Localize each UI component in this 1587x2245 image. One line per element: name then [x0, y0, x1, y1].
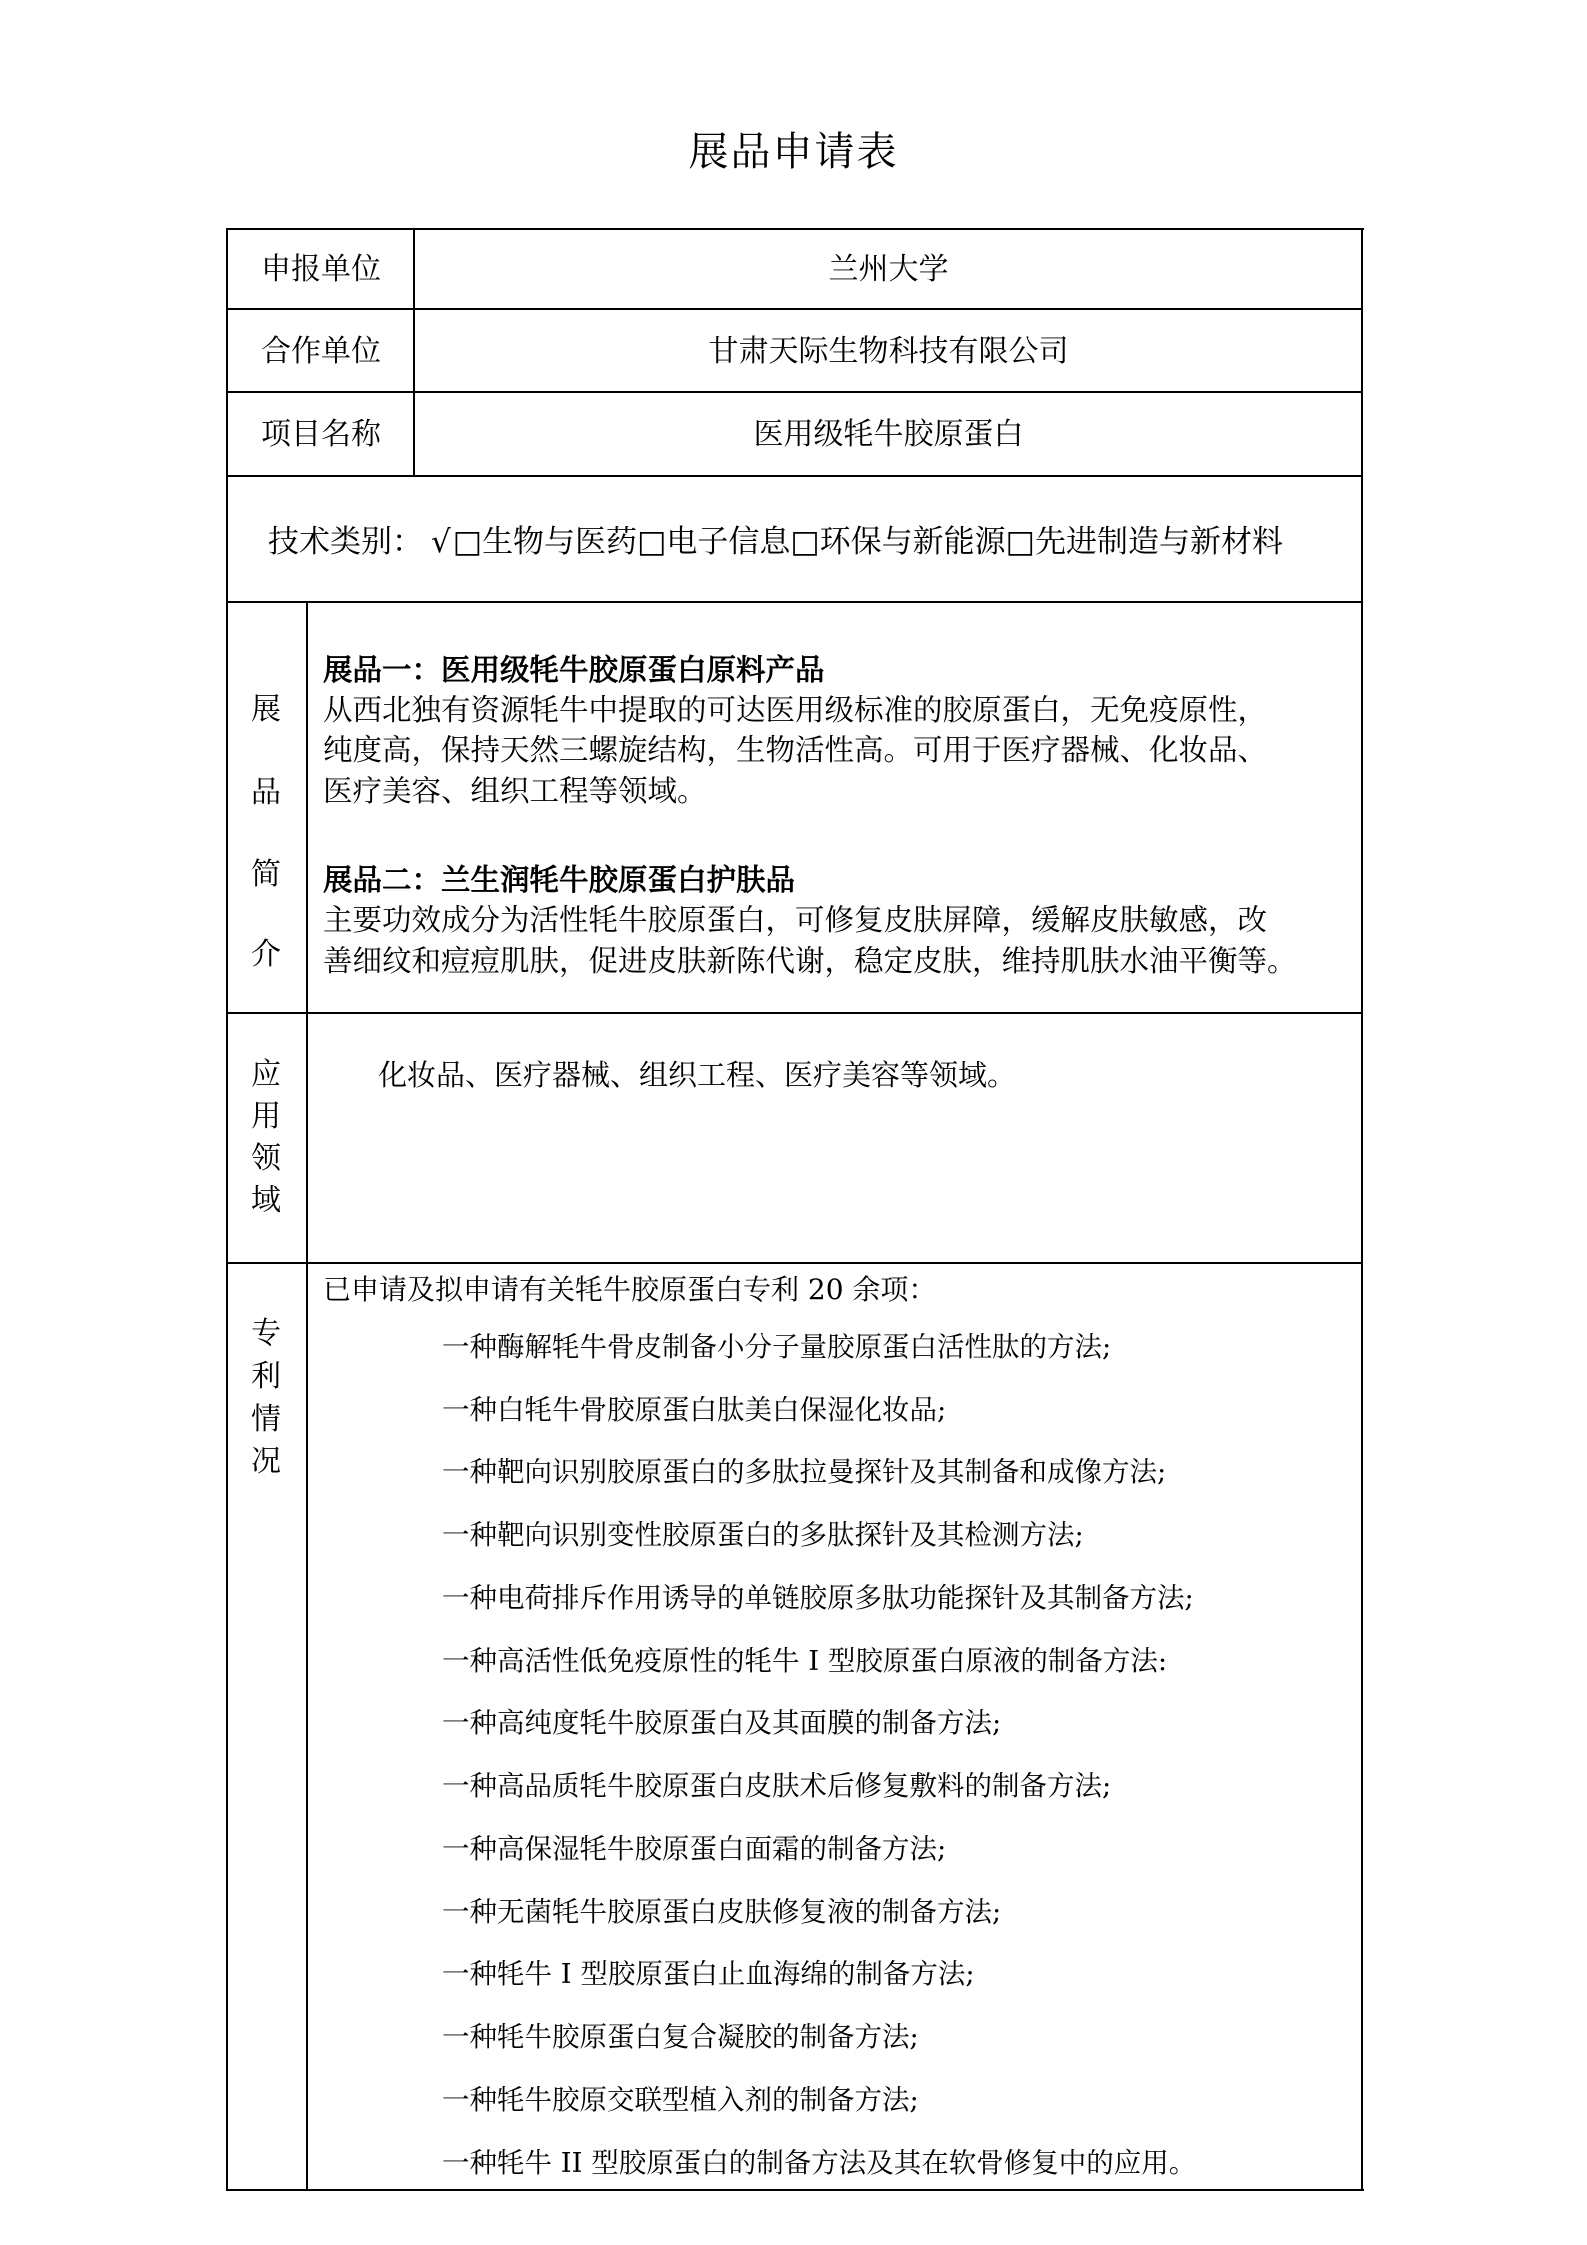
- exhibit-2-line: 善细纹和痘痘肌肤，促进皮肤新陈代谢，稳定皮肤，维持肌肤水油平衡等。: [323, 941, 1353, 981]
- option-advanced-manufacturing: 先进制造与新材料: [1035, 524, 1283, 560]
- exhibits-label-char: 简: [228, 855, 304, 895]
- patents-label-char: 利: [228, 1357, 304, 1397]
- checkbox-environment-energy[interactable]: □: [790, 524, 819, 560]
- patents-label-char: 况: [228, 1442, 304, 1482]
- partner-value: 甘肃天际生物科技有限公司: [415, 332, 1362, 372]
- table-border-top: [227, 228, 1364, 230]
- option-bio-medicine: 生物与医药: [482, 524, 637, 560]
- patent-item: 一种无菌牦牛胶原蛋白皮肤修复液的制备方法;: [442, 1892, 1001, 1932]
- project-label: 项目名称: [228, 415, 414, 455]
- patent-item: 一种高品质牦牛胶原蛋白皮肤术后修复敷料的制备方法;: [442, 1766, 1111, 1806]
- patent-item: 一种白牦牛骨胶原蛋白肽美白保湿化妆品;: [442, 1390, 946, 1430]
- checkbox-advanced-manufacturing[interactable]: □: [1006, 524, 1035, 560]
- project-value: 医用级牦牛胶原蛋白: [415, 415, 1362, 455]
- patent-item: 一种靶向识别胶原蛋白的多肽拉曼探针及其制备和成像方法;: [442, 1452, 1166, 1492]
- exhibit-1-heading: 展品一：医用级牦牛胶原蛋白原料产品: [323, 650, 1353, 690]
- patent-item: 一种靶向识别变性胶原蛋白的多肽探针及其检测方法;: [442, 1515, 1084, 1555]
- patent-item: 一种高保湿牦牛胶原蛋白面霜的制备方法;: [442, 1829, 946, 1869]
- row-divider: [227, 601, 1363, 603]
- page-title: 展品申请表: [0, 126, 1587, 178]
- tech-category-row: 技术类别：√□生物与医药□电子信息□环保与新能源□先进制造与新材料: [268, 522, 1283, 562]
- application-text: 化妆品、医疗器械、组织工程、医疗美容等领域。: [378, 1055, 1016, 1095]
- patents-label-char: 专: [228, 1314, 304, 1354]
- checkbox-bio-medicine[interactable]: □: [453, 524, 482, 560]
- exhibits-label-char: 品: [228, 773, 304, 813]
- application-label-char: 用: [228, 1097, 304, 1137]
- patent-item: 一种牦牛 I 型胶原蛋白止血海绵的制备方法;: [442, 1954, 975, 1994]
- row-divider: [227, 475, 1363, 477]
- patent-item: 一种牦牛 II 型胶原蛋白的制备方法及其在软骨修复中的应用。: [442, 2143, 1196, 2183]
- option-electronic-info: 电子信息: [666, 524, 790, 560]
- exhibits-label-char: 展: [228, 690, 304, 730]
- patent-item: 一种高纯度牦牛胶原蛋白及其面膜的制备方法;: [442, 1703, 1001, 1743]
- checkbox-electronic-info[interactable]: □: [637, 524, 666, 560]
- exhibit-1-line: 从西北独有资源牦牛中提取的可达医用级标准的胶原蛋白，无免疫原性，: [323, 690, 1353, 730]
- row-divider: [227, 391, 1363, 393]
- row-divider: [227, 1262, 1363, 1264]
- exhibits-label-char: 介: [228, 935, 304, 975]
- column-divider: [306, 601, 308, 2191]
- patents-intro: 已申请及拟申请有关牦牛胶原蛋白专利 20 余项：: [323, 1270, 936, 1310]
- patent-item: 一种高活性低免疫原性的牦牛 I 型胶原蛋白原液的制备方法:: [442, 1641, 1167, 1681]
- row-divider: [227, 308, 1363, 310]
- applicant-label: 申报单位: [228, 250, 414, 290]
- option-environment-energy: 环保与新能源: [820, 524, 1006, 560]
- exhibit-1-line: 医疗美容、组织工程等领域。: [323, 771, 1353, 811]
- applicant-value: 兰州大学: [415, 250, 1362, 290]
- exhibit-2-heading: 展品二：兰生润牦牛胶原蛋白护肤品: [323, 860, 1353, 900]
- application-label-char: 领: [228, 1139, 304, 1179]
- table-border-right: [1361, 228, 1363, 2191]
- patent-item: 一种电荷排斥作用诱导的单链胶原多肽功能探针及其制备方法;: [442, 1578, 1194, 1618]
- table-border-bottom: [227, 2189, 1364, 2191]
- exhibit-2-line: 主要功效成分为活性牦牛胶原蛋白，可修复皮肤屏障，缓解皮肤敏感，改: [323, 900, 1353, 940]
- exhibit-1-line: 纯度高，保持天然三螺旋结构，生物活性高。可用于医疗器械、化妆品、: [323, 730, 1353, 770]
- patent-item: 一种牦牛胶原交联型植入剂的制备方法;: [442, 2080, 919, 2120]
- patents-label-char: 情: [228, 1400, 304, 1440]
- check-mark-icon: √: [431, 524, 451, 560]
- patent-item: 一种酶解牦牛骨皮制备小分子量胶原蛋白活性肽的方法;: [442, 1327, 1111, 1367]
- row-divider: [227, 1012, 1363, 1014]
- application-label-char: 应: [228, 1055, 304, 1095]
- patent-item: 一种牦牛胶原蛋白复合凝胶的制备方法;: [442, 2017, 919, 2057]
- tech-category-label: 技术类别：: [268, 524, 423, 560]
- partner-label: 合作单位: [228, 332, 414, 372]
- application-label-char: 域: [228, 1181, 304, 1221]
